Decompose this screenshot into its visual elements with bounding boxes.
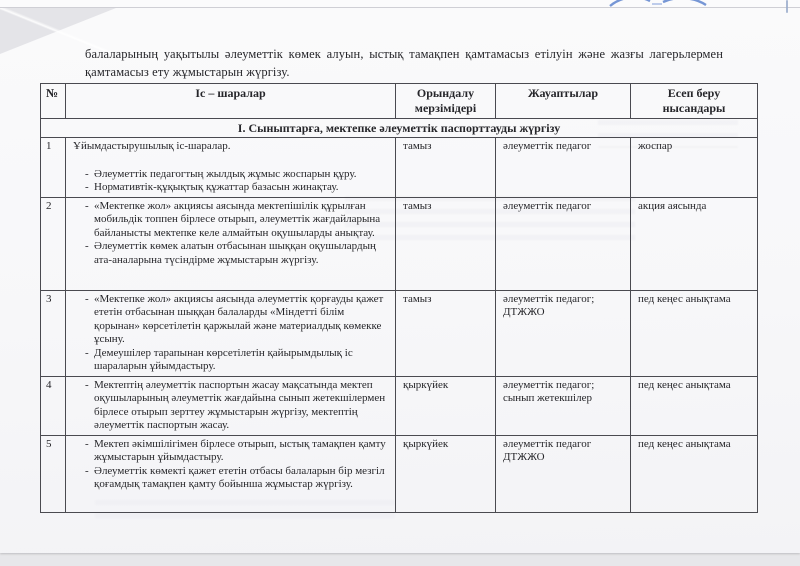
header-activities: Іс – шаралар [66, 84, 396, 119]
activity-lead: Ұйымдастырушылық іс-шаралар. [73, 140, 388, 154]
responsible-cell: әлеуметтік педагог;ДТЖЖО [496, 290, 631, 376]
responsible-line: әлеуметтік педагог; [503, 293, 623, 307]
activity-text: Мектептің әлеуметтік паспортын жасау мақ… [94, 379, 388, 433]
deadline-cell: тамыз [396, 138, 496, 198]
responsible-line: әлеуметтік педагог [503, 200, 623, 214]
deadline-cell: қыркүйек [396, 435, 496, 512]
activity-text: Әлеуметтік көмекті қажет ететін отбасы б… [94, 465, 388, 492]
header-row: № Іс – шаралар Орындалу мерзімідері Жауа… [41, 84, 758, 119]
deadline-cell: тамыз [396, 290, 496, 376]
report-form-cell: пед кеңес анықтама [631, 290, 758, 376]
activity-text: Мектеп әкімшілігімен бірлесе отырып, ыст… [94, 438, 388, 465]
activity-item: -Әлеуметтік педагогтың жылдық жұмыс жосп… [73, 168, 388, 182]
activities-cell: -Мектеп әкімшілігімен бірлесе отырып, ыс… [66, 435, 396, 512]
responsible-cell: әлеуметтік педагогДТЖЖО [496, 435, 631, 512]
header-deadline: Орындалу мерзімідері [396, 84, 496, 119]
responsible-line: сынып жетекшілер [503, 392, 623, 406]
responsible-line: ДТЖЖО [503, 306, 623, 320]
deadline-cell: тамыз [396, 197, 496, 290]
activities-table: № Іс – шаралар Орындалу мерзімідері Жауа… [40, 83, 758, 513]
activities-cell: -Мектептің әлеуметтік паспортын жасау ма… [66, 376, 396, 435]
list-dash: - [85, 465, 94, 492]
responsible-line: әлеуметтік педагог; [503, 379, 623, 393]
activity-item: -Әлеуметтік көмекті қажет ететін отбасы … [73, 465, 388, 492]
row-number: 3 [41, 290, 66, 376]
intro-paragraph: балаларының уақытылы әлеуметтік көмек ал… [85, 45, 723, 81]
activities-cell: -«Мектепке жол» акциясы аясында мектепіш… [66, 197, 396, 290]
table-row: 2 -«Мектепке жол» акциясы аясында мектеп… [41, 197, 758, 290]
activity-item: -«Мектепке жол» акциясы аясында әлеуметт… [73, 293, 388, 347]
responsible-line: әлеуметтік педагог [503, 140, 623, 154]
table-body: І. Сыныптарға, мектепке әлеуметтік паспо… [41, 119, 758, 513]
responsible-cell: әлеуметтік педагог [496, 138, 631, 198]
report-form-cell: пед кеңес анықтама [631, 435, 758, 512]
report-form-cell: пед кеңес анықтама [631, 376, 758, 435]
activity-item: -«Мектепке жол» акциясы аясында мектепіш… [73, 200, 388, 241]
activity-text: Нормативтік-құқықтық құжаттар базасын жи… [94, 181, 388, 195]
activity-item: -Нормативтік-құқықтық құжаттар базасын ж… [73, 181, 388, 195]
table-row: 5 -Мектеп әкімшілігімен бірлесе отырып, … [41, 435, 758, 512]
row-number: 2 [41, 197, 66, 290]
table-row: 3 -«Мектепке жол» акциясы аясында әлеуме… [41, 290, 758, 376]
responsible-cell: әлеуметтік педагог;сынып жетекшілер [496, 376, 631, 435]
activity-item: -Демеушілер тарапынан көрсетілетін қайыр… [73, 347, 388, 374]
list-dash: - [85, 181, 94, 195]
scan-background: балаларының уақытылы әлеуметтік көмек ал… [0, 0, 800, 566]
list-dash: - [85, 293, 94, 347]
list-dash: - [85, 347, 94, 374]
pen-mark [786, 0, 788, 13]
section-heading: І. Сыныптарға, мектепке әлеуметтік паспо… [41, 119, 758, 138]
row-number: 5 [41, 435, 66, 512]
activity-text: «Мектепке жол» акциясы аясында әлеуметті… [94, 293, 388, 347]
activity-text: Әлеуметтік көмек алатын отбасынан шыққан… [94, 240, 388, 267]
activities-cell: -«Мектепке жол» акциясы аясында әлеуметт… [66, 290, 396, 376]
activity-item: -Мектептің әлеуметтік паспортын жасау ма… [73, 379, 388, 433]
report-form-cell: акция аясында [631, 197, 758, 290]
deadline-cell: қыркүйек [396, 376, 496, 435]
row-number: 1 [41, 138, 66, 198]
row-number: 4 [41, 376, 66, 435]
list-dash: - [85, 438, 94, 465]
header-report-form: Есеп беру нысандары [631, 84, 758, 119]
activity-item: -Мектеп әкімшілігімен бірлесе отырып, ыс… [73, 438, 388, 465]
table-row: 4 -Мектептің әлеуметтік паспортын жасау … [41, 376, 758, 435]
activity-text: «Мектепке жол» акциясы аясында мектепіші… [94, 200, 388, 241]
table-row: 1 Ұйымдастырушылық іс-шаралар.-Әлеуметті… [41, 138, 758, 198]
activities-cell: Ұйымдастырушылық іс-шаралар.-Әлеуметтік … [66, 138, 396, 198]
list-dash: - [85, 379, 94, 433]
activity-text: Демеушілер тарапынан көрсетілетін қайыры… [94, 347, 388, 374]
activity-text: Әлеуметтік педагогтың жылдық жұмыс жоспа… [94, 168, 388, 182]
responsible-line: ДТЖЖО [503, 451, 623, 465]
list-dash: - [85, 200, 94, 241]
responsible-cell: әлеуметтік педагог [496, 197, 631, 290]
section-row: І. Сыныптарға, мектепке әлеуметтік паспо… [41, 119, 758, 138]
responsible-line: әлеуметтік педагог [503, 438, 623, 452]
activity-item: -Әлеуметтік көмек алатын отбасынан шыққа… [73, 240, 388, 267]
report-form-cell: жоспар [631, 138, 758, 198]
list-dash: - [85, 168, 94, 182]
list-dash: - [85, 240, 94, 267]
stamp-remnant-icon [608, 0, 708, 7]
header-responsible: Жауаптылар [496, 84, 631, 119]
header-number: № [41, 84, 66, 119]
